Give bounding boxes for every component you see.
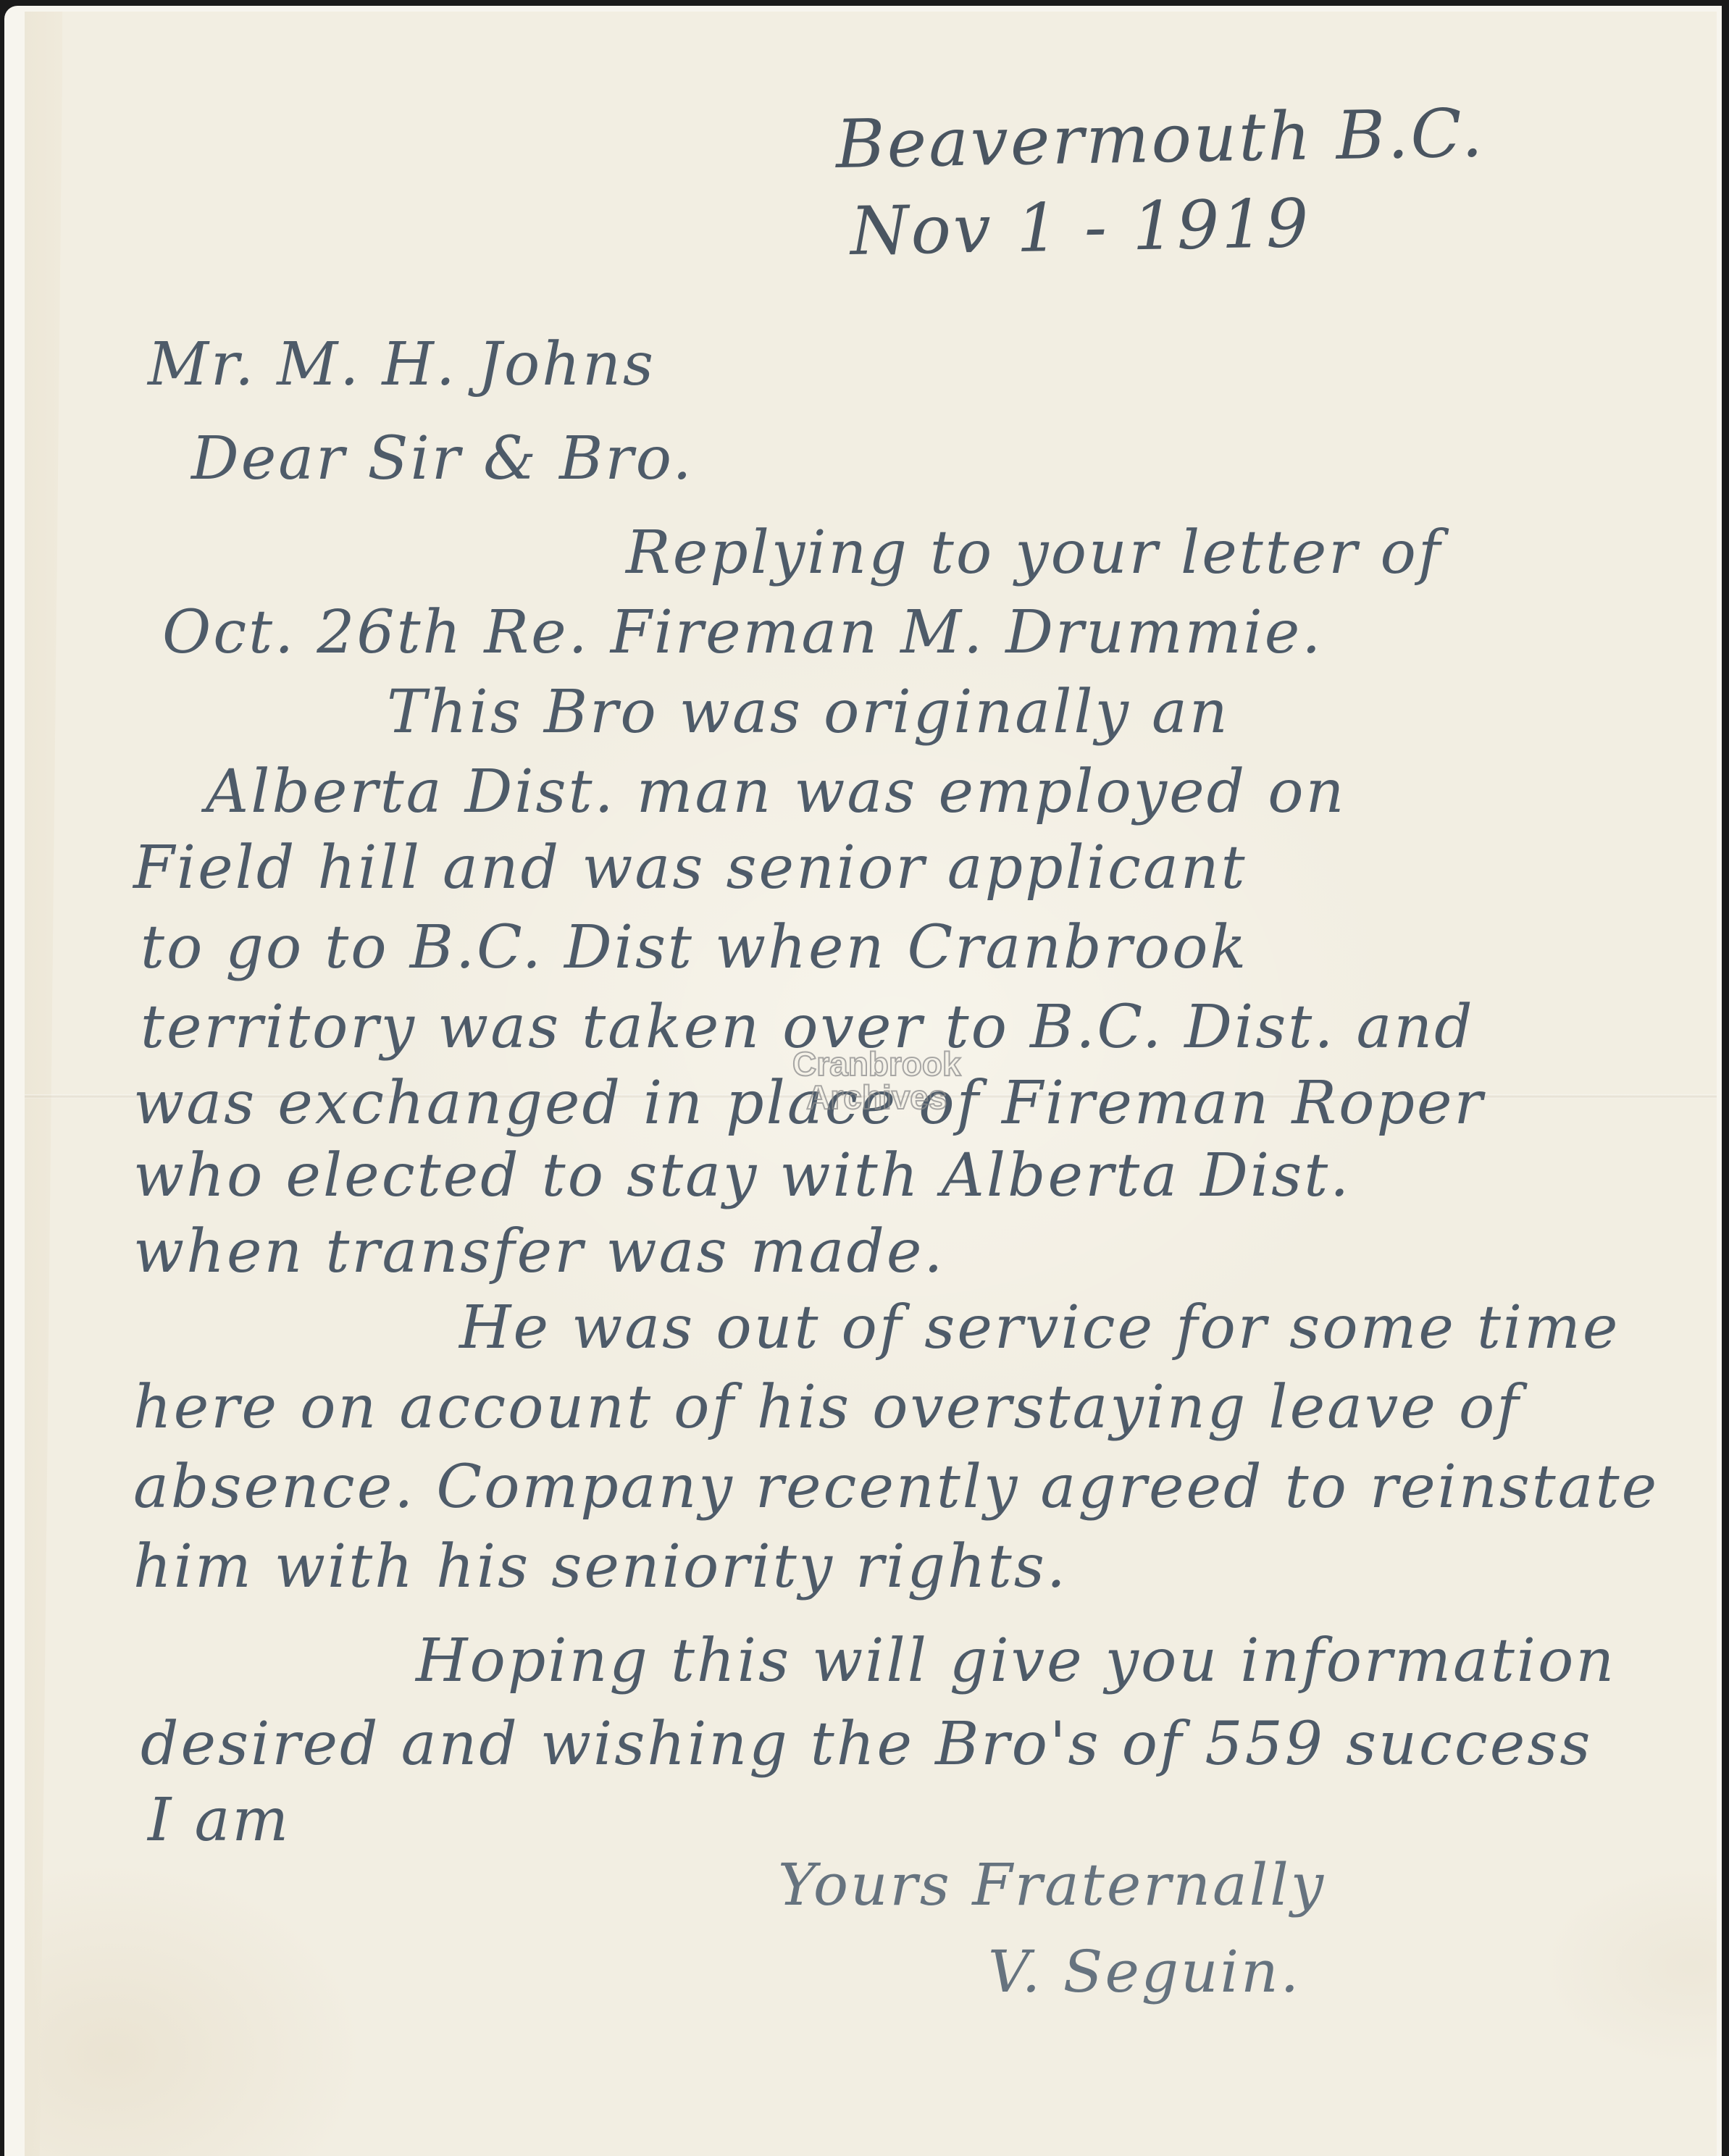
body-line: He was out of service for some time [459, 1293, 1620, 1362]
body-line: when transfer was made. [133, 1217, 945, 1286]
letter-place: Beavermouth B.C. [835, 94, 1486, 183]
closing: Yours Fraternally [778, 1851, 1326, 1918]
signature: V. Seguin. [988, 1938, 1301, 2005]
body-line: absence. Company recently agreed to rein… [133, 1453, 1659, 1522]
letter-page: Beavermouth B.C. Nov 1 - 1919 Mr. M. H. … [25, 12, 1717, 2156]
salutation: Dear Sir & Bro. [191, 424, 694, 493]
watermark-line-1: Cranbrook [792, 1047, 961, 1081]
archive-watermark: Cranbrook Archives [792, 1047, 961, 1114]
body-line: who elected to stay with Alberta Dist. [133, 1141, 1351, 1210]
body-line: This Bro was originally an [387, 678, 1230, 747]
letter-date: Nov 1 - 1919 [850, 185, 1311, 270]
body-line: Hoping this will give you information [416, 1627, 1616, 1695]
body-line: Oct. 26th Re. Fireman M. Drummie. [162, 598, 1323, 667]
body-line: Field hill and was senior applicant [133, 834, 1247, 902]
recipient: Mr. M. H. Johns [148, 330, 656, 399]
body-line: Replying to your letter of [626, 519, 1442, 587]
body-line: I am [148, 1786, 290, 1855]
body-line: desired and wishing the Bro's of 559 suc… [141, 1710, 1592, 1779]
watermark-line-2: Archives [792, 1081, 961, 1114]
folded-corner [25, 12, 62, 2156]
body-line: to go to B.C. Dist when Cranbrook [141, 913, 1248, 982]
body-line: here on account of his overstaying leave… [133, 1373, 1521, 1442]
body-line: him with his seniority rights. [133, 1532, 1068, 1601]
body-line: Alberta Dist. man was employed on [206, 758, 1346, 826]
